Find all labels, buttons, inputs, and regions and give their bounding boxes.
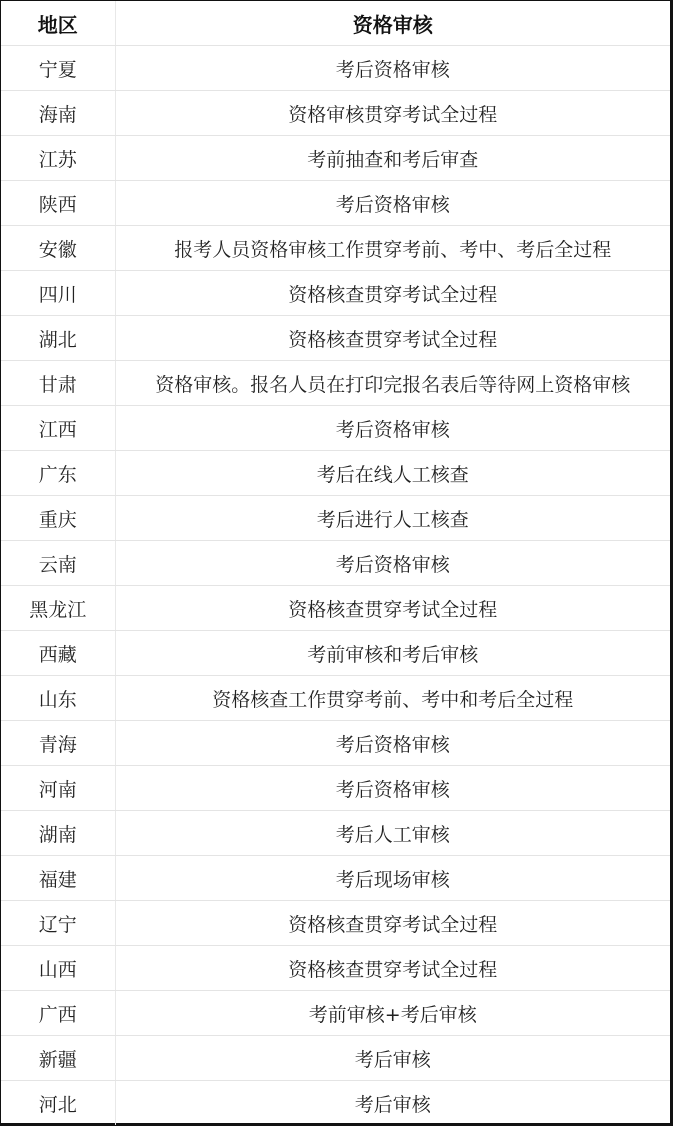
review-cell: 考后审核: [115, 1036, 670, 1081]
table-row: 山西资格核查贯穿考试全过程: [1, 946, 670, 991]
table-row: 湖南考后人工审核: [1, 811, 670, 856]
review-cell: 考后资格审核: [115, 406, 670, 451]
review-cell: 考前抽查和考后审查: [115, 136, 670, 181]
review-cell: 资格核查工作贯穿考前、考中和考后全过程: [115, 676, 670, 721]
review-cell: 资格核查贯穿考试全过程: [115, 901, 670, 946]
table-header-row: 地区 资格审核: [1, 1, 670, 46]
table-row: 西藏考前审核和考后审核: [1, 631, 670, 676]
region-cell: 江西: [1, 406, 115, 451]
header-review: 资格审核: [115, 1, 670, 46]
region-cell: 江苏: [1, 136, 115, 181]
region-cell: 云南: [1, 541, 115, 586]
table-row: 重庆考后进行人工核查: [1, 496, 670, 541]
review-cell: 资格核查贯穿考试全过程: [115, 946, 670, 991]
region-cell: 广东: [1, 451, 115, 496]
table-frame: 地区 资格审核 宁夏考后资格审核海南资格审核贯穿考试全过程江苏考前抽查和考后审查…: [0, 0, 673, 1126]
review-cell: 考后审核: [115, 1081, 670, 1126]
table-row: 河南考后资格审核: [1, 766, 670, 811]
region-cell: 河北: [1, 1081, 115, 1126]
review-cell: 考后资格审核: [115, 46, 670, 91]
review-cell: 考后现场审核: [115, 856, 670, 901]
table-row: 青海考后资格审核: [1, 721, 670, 766]
table-row: 四川资格核查贯穿考试全过程: [1, 271, 670, 316]
review-cell: 资格核查贯穿考试全过程: [115, 586, 670, 631]
table-row: 海南资格审核贯穿考试全过程: [1, 91, 670, 136]
table-row: 山东资格核查工作贯穿考前、考中和考后全过程: [1, 676, 670, 721]
region-cell: 广西: [1, 991, 115, 1036]
table-row: 云南考后资格审核: [1, 541, 670, 586]
review-cell: 资格核查贯穿考试全过程: [115, 316, 670, 361]
region-cell: 安徽: [1, 226, 115, 271]
table-row: 陕西考后资格审核: [1, 181, 670, 226]
region-cell: 陕西: [1, 181, 115, 226]
table-row: 甘肃资格审核。报名人员在打印完报名表后等待网上资格审核: [1, 361, 670, 406]
review-cell: 考后资格审核: [115, 181, 670, 226]
review-cell: 考后资格审核: [115, 766, 670, 811]
region-cell: 河南: [1, 766, 115, 811]
region-cell: 重庆: [1, 496, 115, 541]
table-body: 宁夏考后资格审核海南资格审核贯穿考试全过程江苏考前抽查和考后审查陕西考后资格审核…: [1, 46, 670, 1126]
review-cell: 考前审核和考后审核: [115, 631, 670, 676]
review-cell: 考后资格审核: [115, 721, 670, 766]
table-row: 黑龙江资格核查贯穿考试全过程: [1, 586, 670, 631]
header-region: 地区: [1, 1, 115, 46]
review-cell: 考前审核+考后审核: [115, 991, 670, 1036]
region-cell: 黑龙江: [1, 586, 115, 631]
table-row: 河北考后审核: [1, 1081, 670, 1126]
table-row: 广西考前审核+考后审核: [1, 991, 670, 1036]
region-cell: 山东: [1, 676, 115, 721]
review-cell: 资格审核贯穿考试全过程: [115, 91, 670, 136]
region-cell: 海南: [1, 91, 115, 136]
region-cell: 宁夏: [1, 46, 115, 91]
region-cell: 四川: [1, 271, 115, 316]
table-row: 安徽报考人员资格审核工作贯穿考前、考中、考后全过程: [1, 226, 670, 271]
region-cell: 辽宁: [1, 901, 115, 946]
table-row: 新疆考后审核: [1, 1036, 670, 1081]
review-cell: 考后在线人工核查: [115, 451, 670, 496]
review-cell: 资格核查贯穿考试全过程: [115, 271, 670, 316]
qualification-review-table: 地区 资格审核 宁夏考后资格审核海南资格审核贯穿考试全过程江苏考前抽查和考后审查…: [1, 1, 670, 1125]
table-row: 江苏考前抽查和考后审查: [1, 136, 670, 181]
table-row: 湖北资格核查贯穿考试全过程: [1, 316, 670, 361]
review-cell: 资格审核。报名人员在打印完报名表后等待网上资格审核: [115, 361, 670, 406]
region-cell: 新疆: [1, 1036, 115, 1081]
table-row: 福建考后现场审核: [1, 856, 670, 901]
review-cell: 考后进行人工核查: [115, 496, 670, 541]
region-cell: 福建: [1, 856, 115, 901]
region-cell: 湖南: [1, 811, 115, 856]
review-cell: 考后人工审核: [115, 811, 670, 856]
review-cell: 报考人员资格审核工作贯穿考前、考中、考后全过程: [115, 226, 670, 271]
table-row: 宁夏考后资格审核: [1, 46, 670, 91]
table-row: 江西考后资格审核: [1, 406, 670, 451]
region-cell: 西藏: [1, 631, 115, 676]
region-cell: 甘肃: [1, 361, 115, 406]
review-cell: 考后资格审核: [115, 541, 670, 586]
region-cell: 青海: [1, 721, 115, 766]
region-cell: 山西: [1, 946, 115, 991]
table-row: 辽宁资格核查贯穿考试全过程: [1, 901, 670, 946]
region-cell: 湖北: [1, 316, 115, 361]
table-row: 广东考后在线人工核查: [1, 451, 670, 496]
